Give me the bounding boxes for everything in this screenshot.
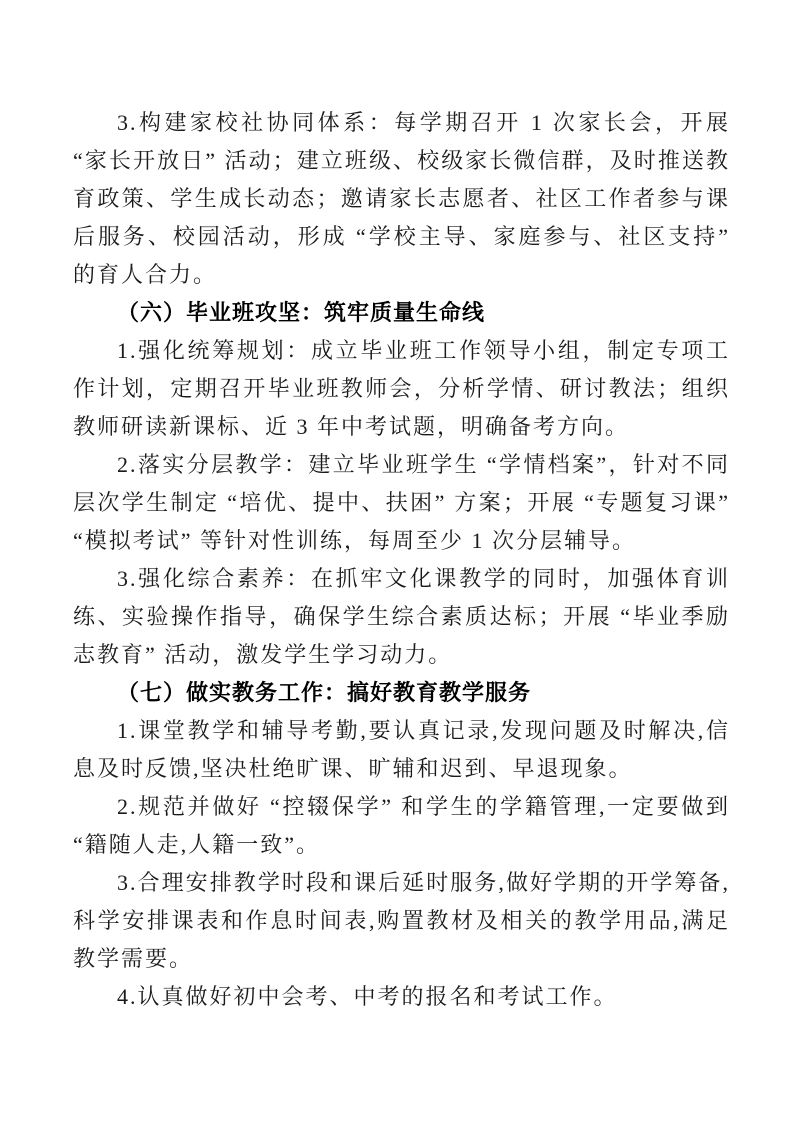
body-paragraph: 3.构建家校社协同体系：每学期召开 1 次家长会，开展 “家长开放日” 活动；建…	[73, 104, 730, 294]
body-paragraph: 2.落实分层教学：建立毕业班学生 “学情档案”，针对不同层次学生制定 “培优、提…	[73, 446, 730, 560]
body-paragraph: 1.课堂教学和辅导考勤,要认真记录,发现问题及时解决,信息及时反馈,坚决杜绝旷课…	[73, 712, 730, 788]
body-paragraph: 4.认真做好初中会考、中考的报名和考试工作。	[73, 978, 730, 1016]
body-paragraph: 3.合理安排教学时段和课后延时服务,做好学期的开学筹备,科学安排课表和作息时间表…	[73, 864, 730, 978]
section-heading: （六）毕业班攻坚：筑牢质量生命线	[73, 294, 730, 332]
document-page: 3.构建家校社协同体系：每学期召开 1 次家长会，开展 “家长开放日” 活动；建…	[0, 0, 794, 1122]
body-paragraph: 2.规范并做好 “控辍保学” 和学生的学籍管理,一定要做到 “籍随人走,人籍一致…	[73, 788, 730, 864]
document-content: 3.构建家校社协同体系：每学期召开 1 次家长会，开展 “家长开放日” 活动；建…	[73, 104, 730, 1016]
section-heading: （七）做实教务工作：搞好教育教学服务	[73, 674, 730, 712]
body-paragraph: 1.强化统筹规划：成立毕业班工作领导小组，制定专项工作计划，定期召开毕业班教师会…	[73, 332, 730, 446]
body-paragraph: 3.强化综合素养：在抓牢文化课教学的同时，加强体育训练、实验操作指导，确保学生综…	[73, 560, 730, 674]
